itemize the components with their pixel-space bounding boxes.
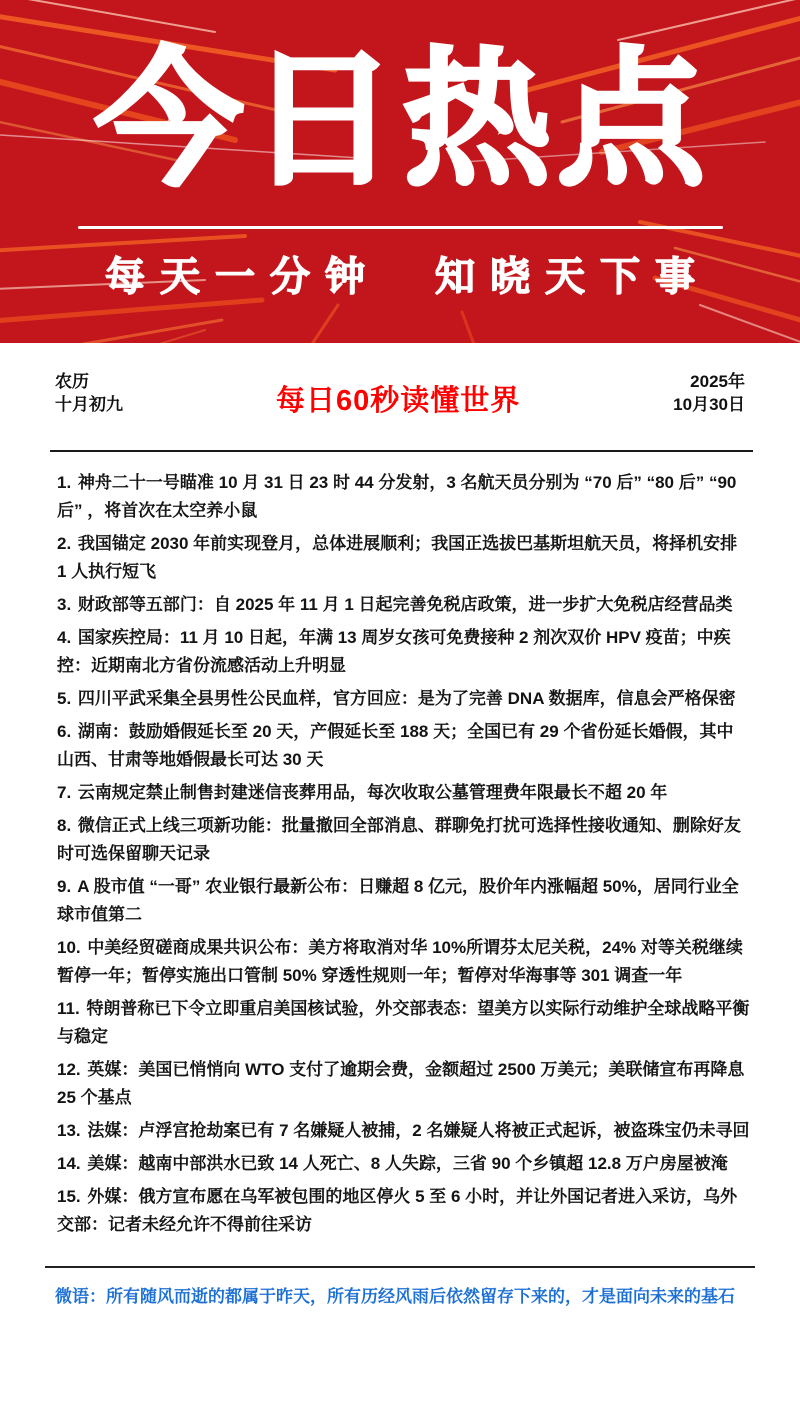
news-item-text: 云南规定禁止制售封建迷信丧葬用品，每次收取公墓管理费年限最长不超 20 年 — [78, 783, 667, 802]
news-item-text: 英媒：美国已悄悄向 WTO 支付了逾期会费，金额超过 2500 万美元；美联储宣… — [57, 1060, 744, 1107]
bottom-divider — [45, 1266, 755, 1268]
footer-quote: 微语：所有随风而逝的都属于昨天，所有历经风雨后依然留存下来的，才是面向未来的基石 — [55, 1285, 745, 1309]
news-list: 1. 神舟二十一号瞄准 10 月 31 日 23 时 44 分发射，3 名航天员… — [0, 452, 800, 1239]
news-item-number: 6. — [57, 722, 71, 741]
gregorian-date: 10月30日 — [673, 394, 745, 417]
news-item-number: 11. — [57, 999, 80, 1018]
news-item: 14. 美媒：越南中部洪水已致 14 人死亡、8 人失踪，三省 90 个乡镇超 … — [57, 1150, 750, 1178]
news-item: 15. 外媒：俄方宣布愿在乌军被包围的地区停火 5 至 6 小时，并让外国记者进… — [57, 1183, 750, 1239]
news-item: 5. 四川平武采集全县男性公民血样，官方回应：是为了完善 DNA 数据库，信息会… — [57, 685, 750, 713]
news-item: 4. 国家疾控局：11 月 10 日起，年满 13 周岁女孩可免费接种 2 剂次… — [57, 624, 750, 680]
news-item-text: 神舟二十一号瞄准 10 月 31 日 23 时 44 分发射，3 名航天员分别为… — [57, 473, 736, 520]
news-poster: 今日热点 每天一分钟 知晓天下事 农历 十月初九 每日60秒读懂世界 2025年… — [0, 0, 800, 1420]
news-item-text: 特朗普称已下令立即重启美国核试验，外交部表态：望美方以实际行动维护全球战略平衡与… — [57, 999, 749, 1046]
news-item-number: 7. — [57, 783, 71, 802]
news-item-text: 微信正式上线三项新功能：批量撤回全部消息、群聊免打扰可选择性接收通知、删除好友时… — [57, 816, 741, 863]
news-item: 13. 法媒：卢浮宫抢劫案已有 7 名嫌疑人被捕，2 名嫌疑人将被正式起诉，被盗… — [57, 1117, 750, 1145]
news-item-number: 14. — [57, 1154, 81, 1173]
news-item-text: 湖南：鼓励婚假延长至 20 天，产假延长至 188 天；全国已有 29 个省份延… — [57, 722, 733, 769]
news-item-text: 四川平武采集全县男性公民血样，官方回应：是为了完善 DNA 数据库，信息会严格保… — [78, 689, 736, 708]
news-item-text: 美媒：越南中部洪水已致 14 人死亡、8 人失踪，三省 90 个乡镇超 12.8… — [87, 1154, 727, 1173]
news-item: 11. 特朗普称已下令立即重启美国核试验，外交部表态：望美方以实际行动维护全球战… — [57, 995, 750, 1051]
lunar-date: 十月初九 — [55, 394, 123, 417]
news-item-text: 中美经贸磋商成果共识公布：美方将取消对华 10%所谓芬太尼关税，24% 对等关税… — [57, 938, 743, 985]
news-item: 6. 湖南：鼓励婚假延长至 20 天，产假延长至 188 天；全国已有 29 个… — [57, 718, 750, 774]
news-item-number: 10. — [57, 938, 81, 957]
header-tagline: 每天一分钟 知晓天下事 — [0, 245, 800, 302]
news-item-text: 财政部等五部门：自 2025 年 11 月 1 日起完善免税店政策，进一步扩大免… — [78, 595, 733, 614]
news-item-number: 4. — [57, 628, 71, 647]
digest-title: 每日60秒读懂世界 — [276, 371, 520, 419]
news-item-number: 12. — [57, 1060, 81, 1079]
news-item: 1. 神舟二十一号瞄准 10 月 31 日 23 时 44 分发射，3 名航天员… — [57, 469, 750, 525]
news-item-text: 外媒：俄方宣布愿在乌军被包围的地区停火 5 至 6 小时，并让外国记者进入采访，… — [57, 1187, 737, 1234]
banner-content: 今日热点 每天一分钟 知晓天下事 — [0, 0, 800, 302]
info-bar: 农历 十月初九 每日60秒读懂世界 2025年 10月30日 — [0, 343, 800, 419]
header-divider — [78, 226, 723, 229]
news-item-text: 法媒：卢浮宫抢劫案已有 7 名嫌疑人被捕，2 名嫌疑人将被正式起诉，被盗珠宝仍未… — [87, 1121, 749, 1140]
header-banner: 今日热点 每天一分钟 知晓天下事 — [0, 0, 800, 343]
news-item-number: 5. — [57, 689, 71, 708]
news-item: 2. 我国锚定 2030 年前实现登月，总体进展顺利；我国正选拔巴基斯坦航天员，… — [57, 530, 750, 586]
gregorian-date-block: 2025年 10月30日 — [673, 371, 745, 417]
news-item-number: 1. — [57, 473, 71, 492]
news-item: 9. A 股市值 “一哥” 农业银行最新公布：日赚超 8 亿元，股价年内涨幅超 … — [57, 873, 750, 929]
news-item-text: 国家疾控局：11 月 10 日起，年满 13 周岁女孩可免费接种 2 剂次双价 … — [57, 628, 731, 675]
news-item: 10. 中美经贸磋商成果共识公布：美方将取消对华 10%所谓芬太尼关税，24% … — [57, 934, 750, 990]
quote-text: 微语：所有随风而逝的都属于昨天，所有历经风雨后依然留存下来的，才是面向未来的基石 — [55, 1287, 735, 1306]
news-item-number: 3. — [57, 595, 71, 614]
news-item-text: A 股市值 “一哥” 农业银行最新公布：日赚超 8 亿元，股价年内涨幅超 50%… — [57, 877, 739, 924]
gregorian-year: 2025年 — [673, 371, 745, 394]
news-item-number: 13. — [57, 1121, 81, 1140]
news-item-number: 2. — [57, 534, 71, 553]
news-item-text: 我国锚定 2030 年前实现登月，总体进展顺利；我国正选拔巴基斯坦航天员，将择机… — [57, 534, 737, 581]
news-item: 7. 云南规定禁止制售封建迷信丧葬用品，每次收取公墓管理费年限最长不超 20 年 — [57, 779, 750, 807]
news-item-number: 8. — [57, 816, 71, 835]
news-item-number: 9. — [57, 877, 71, 896]
page-title: 今日热点 — [0, 0, 800, 204]
lunar-date-block: 农历 十月初九 — [55, 371, 123, 417]
lunar-label: 农历 — [55, 371, 123, 394]
news-item: 12. 英媒：美国已悄悄向 WTO 支付了逾期会费，金额超过 2500 万美元；… — [57, 1056, 750, 1112]
news-item: 8. 微信正式上线三项新功能：批量撤回全部消息、群聊免打扰可选择性接收通知、删除… — [57, 812, 750, 868]
news-item: 3. 财政部等五部门：自 2025 年 11 月 1 日起完善免税店政策，进一步… — [57, 591, 750, 619]
news-item-number: 15. — [57, 1187, 81, 1206]
